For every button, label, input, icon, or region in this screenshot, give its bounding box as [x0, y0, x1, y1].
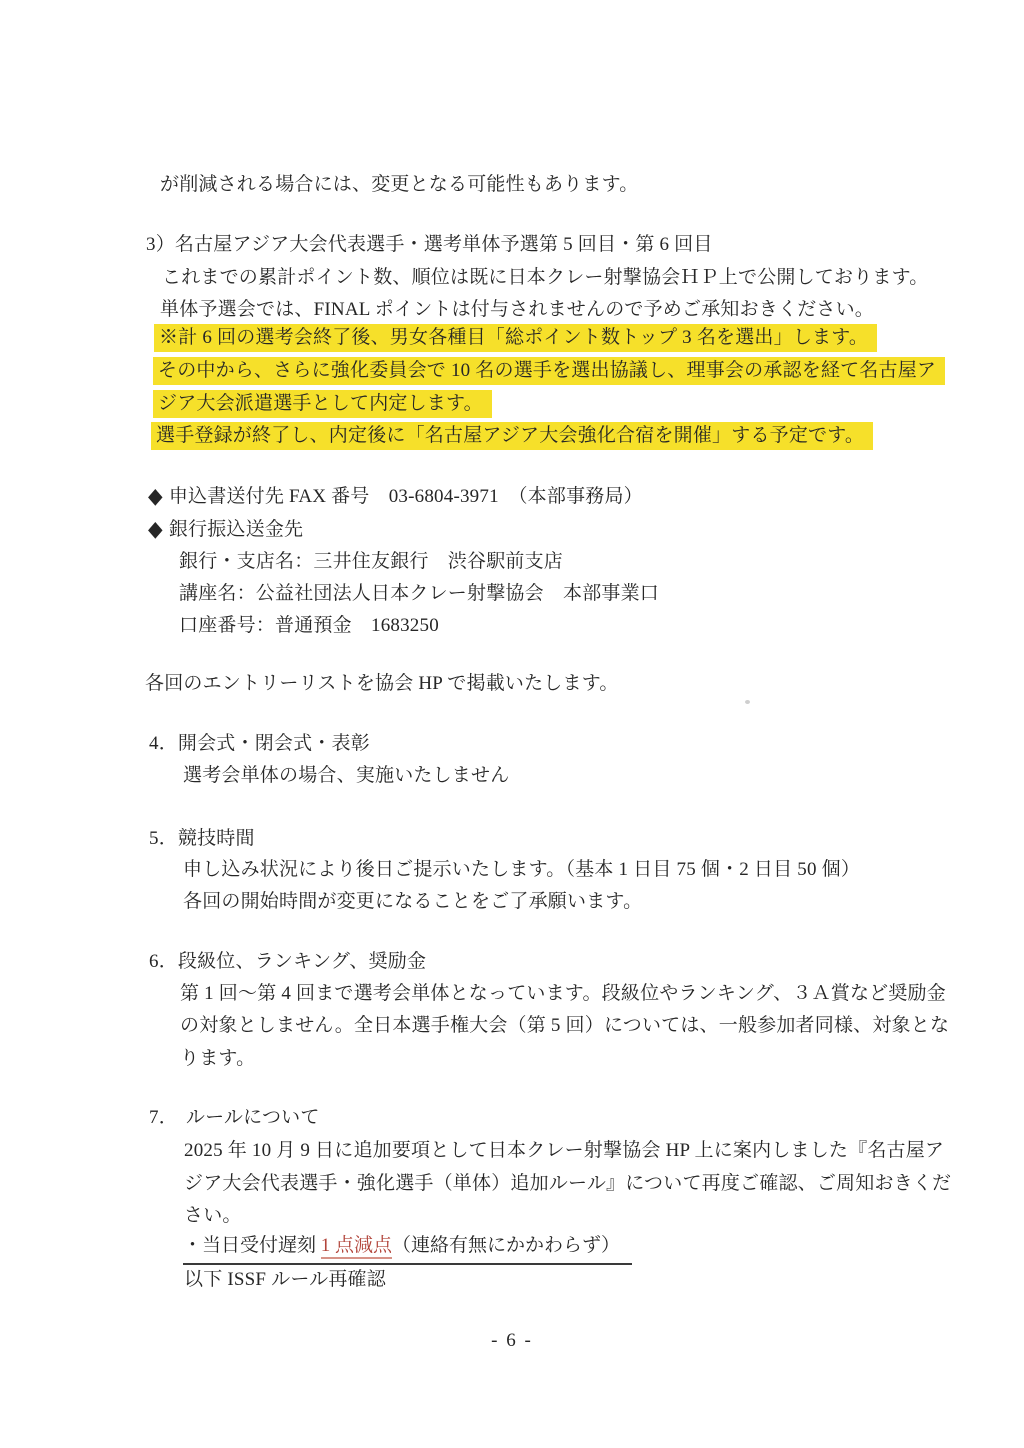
highlighted-line: その中から、さらに強化委員会で 10 名の選手を選出協議し、理事会の承認を経て名… — [153, 357, 945, 385]
section4-heading: 4．開会式・閉会式・表彰 — [149, 732, 370, 756]
penalty-suffix: （連絡有無にかかわらず） — [392, 1235, 620, 1256]
section5-line: 各回の開始時間が変更になることをご了承願います。 — [183, 890, 642, 914]
fax-label: 申込書送付先 FAX 番号 03-6804-3971 （本部事務局） — [169, 486, 643, 507]
bank-detail-branch: 銀行・支店名：三井住友銀行 渋谷駅前支店 — [179, 550, 563, 574]
section-title: 段級位、ランキング、奨励金 — [178, 951, 426, 972]
entry-list-note: 各回のエントリーリストを協会 HP で掲載いたします。 — [145, 672, 619, 696]
page-number: - 6 - — [0, 1330, 1024, 1352]
section3-heading: 3）名古屋アジア大会代表選手・選考単体予選第 5 回目・第 6 回目 — [146, 233, 713, 257]
section7-heading: 7．ルールについて — [149, 1106, 320, 1130]
section6-heading: 6．段級位、ランキング、奨励金 — [149, 950, 426, 974]
bank-line: ◆銀行振込送金先 — [148, 518, 303, 542]
section4-line: 選考会単体の場合、実施いたしません — [183, 764, 509, 788]
section-title: 競技時間 — [178, 828, 255, 849]
section-number: 5． — [149, 827, 178, 851]
section-title: 開会式・閉会式・表彰 — [178, 733, 370, 754]
section5-line: 申し込み状況により後日ご提示いたします。（基本 1 日目 75 個・2 日目 5… — [183, 858, 860, 882]
section3-para1: これまでの累計ポイント数、順位は既に日本クレー射撃協会ＨＰ上で公開しております。 — [162, 266, 928, 290]
section6-line: 第 1 回～第 4 回まで選考会単体となっています。段級位やランキング、３Ａ賞な… — [180, 982, 946, 1006]
highlighted-line: ※計 6 回の選考会終了後、男女各種目「総ポイント数トップ 3 名を選出」します… — [154, 324, 877, 352]
section7-line: さい。 — [184, 1204, 242, 1228]
section-number: 7． — [149, 1106, 178, 1130]
fax-line: ◆申込書送付先 FAX 番号 03-6804-3971 （本部事務局） — [148, 485, 643, 509]
bank-detail-account-name: 講座名：公益社団法人日本クレー射撃協会 本部事業口 — [179, 582, 659, 606]
diamond-bullet-icon: ◆ — [148, 483, 163, 511]
penalty-rule-line: ・当日受付遅刻 1 点減点（連絡有無にかかわらず） — [183, 1234, 632, 1265]
section5-heading: 5．競技時間 — [149, 827, 255, 851]
section3-para2: 単体予選会では、FINAL ポイントは付与されませんので予めご承知おきください。 — [160, 298, 874, 322]
highlighted-line: 選手登録が終了し、内定後に「名古屋アジア大会強化合宿を開催」する予定です。 — [151, 422, 873, 450]
bank-detail-account-number: 口座番号：普通預金 1683250 — [179, 614, 439, 638]
section-number: 6． — [149, 950, 178, 974]
section-number: 4． — [149, 732, 178, 756]
intro-line: が削減される場合には、変更となる可能性もあります。 — [160, 173, 638, 197]
section6-line: の対象としません。全日本選手権大会（第 5 回）については、一般参加者同様、対象… — [180, 1014, 949, 1038]
diamond-bullet-icon: ◆ — [148, 516, 163, 544]
penalty-red-text: 1 点減点 — [321, 1235, 392, 1259]
scan-speck — [745, 700, 750, 704]
section7-line: 2025 年 10 月 9 日に追加要項として日本クレー射撃協会 HP 上に案内… — [184, 1139, 944, 1163]
highlighted-line: ジア大会派遣選手として内定します。 — [153, 390, 492, 418]
penalty-prefix: ・当日受付遅刻 — [183, 1235, 321, 1256]
section7-line: ジア大会代表選手・強化選手（単体）追加ルール』について再度ご確認、ご周知おきくだ — [184, 1172, 951, 1196]
issf-note: 以下 ISSF ルール再確認 — [184, 1268, 386, 1292]
section6-line: ります。 — [180, 1047, 255, 1071]
section-title: ルールについて — [186, 1107, 320, 1128]
document-page: が削減される場合には、変更となる可能性もあります。 3）名古屋アジア大会代表選手… — [0, 0, 1024, 1448]
bank-label: 銀行振込送金先 — [169, 519, 303, 540]
